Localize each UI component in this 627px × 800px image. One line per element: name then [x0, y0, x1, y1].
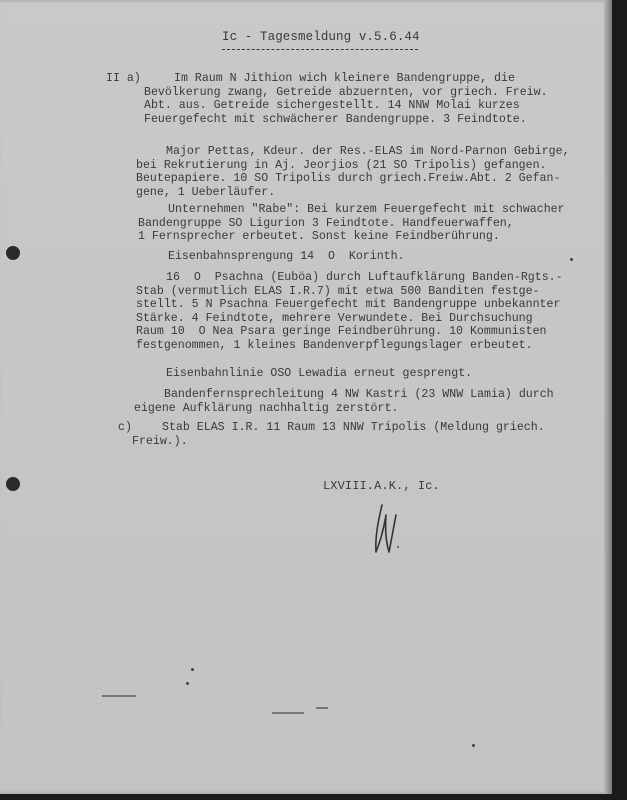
punch-hole — [6, 477, 20, 491]
paragraph-first-line: 16 O Psachna (Euböa) durch Luftaufklärun… — [136, 271, 596, 285]
page-edge-shadow — [604, 0, 612, 794]
document-title: Ic - Tagesmeldung v.5.6.44 — [222, 31, 420, 45]
document-page: Ic - Tagesmeldung v.5.6.44 II a) Im Raum… — [0, 0, 612, 794]
paragraph-first-line: Stab ELAS I.R. 11 Raum 13 NNW Tripolis (… — [132, 421, 592, 435]
paragraph-3: Unternehmen "Rabe": Bei kurzem Feuergefe… — [138, 203, 598, 244]
signature-icon — [372, 497, 402, 557]
paragraph-7: Bandenfernsprechleitung 4 NW Kastri (23 … — [134, 388, 594, 415]
paper-mark — [316, 707, 328, 709]
paragraph-body: eigene Aufklärung nachhaltig zerstört. — [134, 402, 594, 416]
paragraph-first-line: Eisenbahnsprengung 14 O Korinth. — [138, 250, 598, 264]
paper-speck — [472, 744, 475, 747]
paragraph-4: Eisenbahnsprengung 14 O Korinth. — [138, 250, 598, 264]
paragraph-body: Bandengruppe SO Ligurion 3 Feindtote. Ha… — [138, 217, 598, 244]
section-label-c: c) — [118, 421, 132, 434]
paragraph-body: Stab (vermutlich ELAS I.R.7) mit etwa 50… — [136, 285, 596, 353]
paper-mark — [272, 712, 304, 714]
title-underline — [222, 49, 418, 50]
paragraph-first-line: Eisenbahnlinie OSO Lewadia erneut gespre… — [136, 367, 596, 381]
signoff: LXVIII.A.K., Ic. — [323, 480, 440, 494]
paper-mark — [102, 695, 136, 697]
paper-speck — [191, 668, 194, 671]
section-label-a: II a) — [106, 72, 141, 85]
paragraph-body: Freiw.). — [132, 435, 592, 449]
paragraph-first-line: Im Raum N Jithion wich kleinere Bandengr… — [144, 72, 604, 86]
paragraph-6: Eisenbahnlinie OSO Lewadia erneut gespre… — [136, 367, 596, 381]
paragraph-first-line: Bandenfernsprechleitung 4 NW Kastri (23 … — [134, 388, 594, 402]
paragraph-body: Bevölkerung zwang, Getreide abzuernten, … — [144, 86, 604, 127]
paragraph-1: Im Raum N Jithion wich kleinere Bandengr… — [144, 72, 604, 126]
paragraph-2: Major Pettas, Kdeur. der Res.-ELAS im No… — [136, 145, 596, 199]
paragraph-body: bei Rekrutierung in Aj. Jeorjios (21 SO … — [136, 159, 596, 200]
paragraph-first-line: Unternehmen "Rabe": Bei kurzem Feuergefe… — [138, 203, 598, 217]
paper-speck — [186, 682, 189, 685]
punch-hole — [6, 246, 20, 260]
paragraph-first-line: Major Pettas, Kdeur. der Res.-ELAS im No… — [136, 145, 596, 159]
paragraph-c: Stab ELAS I.R. 11 Raum 13 NNW Tripolis (… — [132, 421, 592, 448]
paper-speck — [570, 258, 573, 261]
paragraph-5: 16 O Psachna (Euböa) durch Luftaufklärun… — [136, 271, 596, 353]
